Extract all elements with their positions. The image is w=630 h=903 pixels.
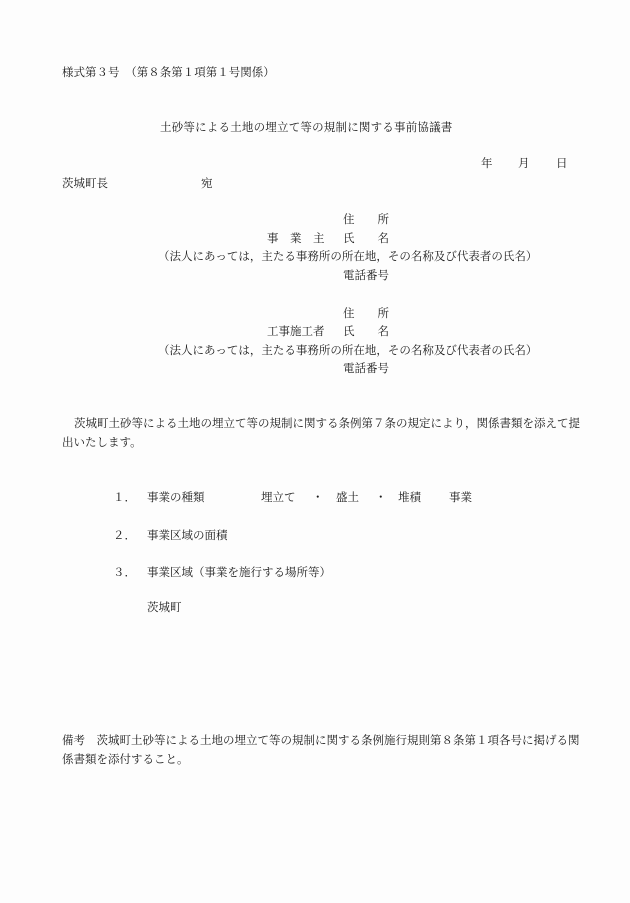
owner-address-label: 住 所 [343, 214, 389, 226]
remarks: 備考 茨城町土砂等による土地の埋立て等の規制に関する条例施行規則第８条第１項各号… [62, 731, 582, 769]
date-month-label: 月 [518, 158, 530, 170]
document-title: 土砂等による土地の埋立て等の規制に関する事前協議書 [160, 122, 453, 134]
body-paragraph: 茨城町土砂等による土地の埋立て等の規制に関する条例第７条の規定により，関係書類を… [62, 414, 582, 452]
contractor-role-label: 工事施工者 [267, 326, 325, 338]
owner-phone-label: 電話番号 [343, 270, 389, 282]
option-separator: ・ [312, 492, 324, 504]
item-number: ２． [113, 530, 136, 542]
option-landfill: 埋立て [261, 492, 296, 504]
item-location-value: 茨城町 [147, 602, 182, 614]
item-number: １． [113, 492, 136, 504]
contractor-name-label: 氏 名 [343, 326, 389, 338]
contractor-corporate-note: （法人にあっては，主たる事務所の所在地，その名称及び代表者の氏名） [158, 345, 537, 357]
item-label: 事業の種類 [147, 492, 205, 504]
addressee-name: 茨城町長 [62, 178, 108, 190]
item-number: ３． [113, 567, 136, 579]
contractor-phone-label: 電話番号 [343, 363, 389, 375]
owner-corporate-note: （法人にあっては，主たる事務所の所在地，その名称及び代表者の氏名） [158, 251, 537, 263]
date-year-label: 年 [481, 158, 493, 170]
contractor-address-label: 住 所 [343, 308, 389, 320]
addressee-suffix: 宛 [201, 178, 213, 190]
option-embankment: 盛土 [336, 492, 359, 504]
owner-role-label: 事 業 主 [267, 233, 325, 245]
form-number: 様式第３号 （第８条第１項第１号関係） [62, 67, 275, 79]
item-suffix: 事業 [449, 492, 472, 504]
item-label: 事業区域の面積 [147, 530, 228, 542]
option-separator: ・ [375, 492, 387, 504]
item-label: 事業区域（事業を施行する場所等） [147, 567, 331, 579]
owner-name-label: 氏 名 [343, 233, 389, 245]
date-day-label: 日 [556, 158, 568, 170]
option-stockpile: 堆積 [398, 492, 421, 504]
